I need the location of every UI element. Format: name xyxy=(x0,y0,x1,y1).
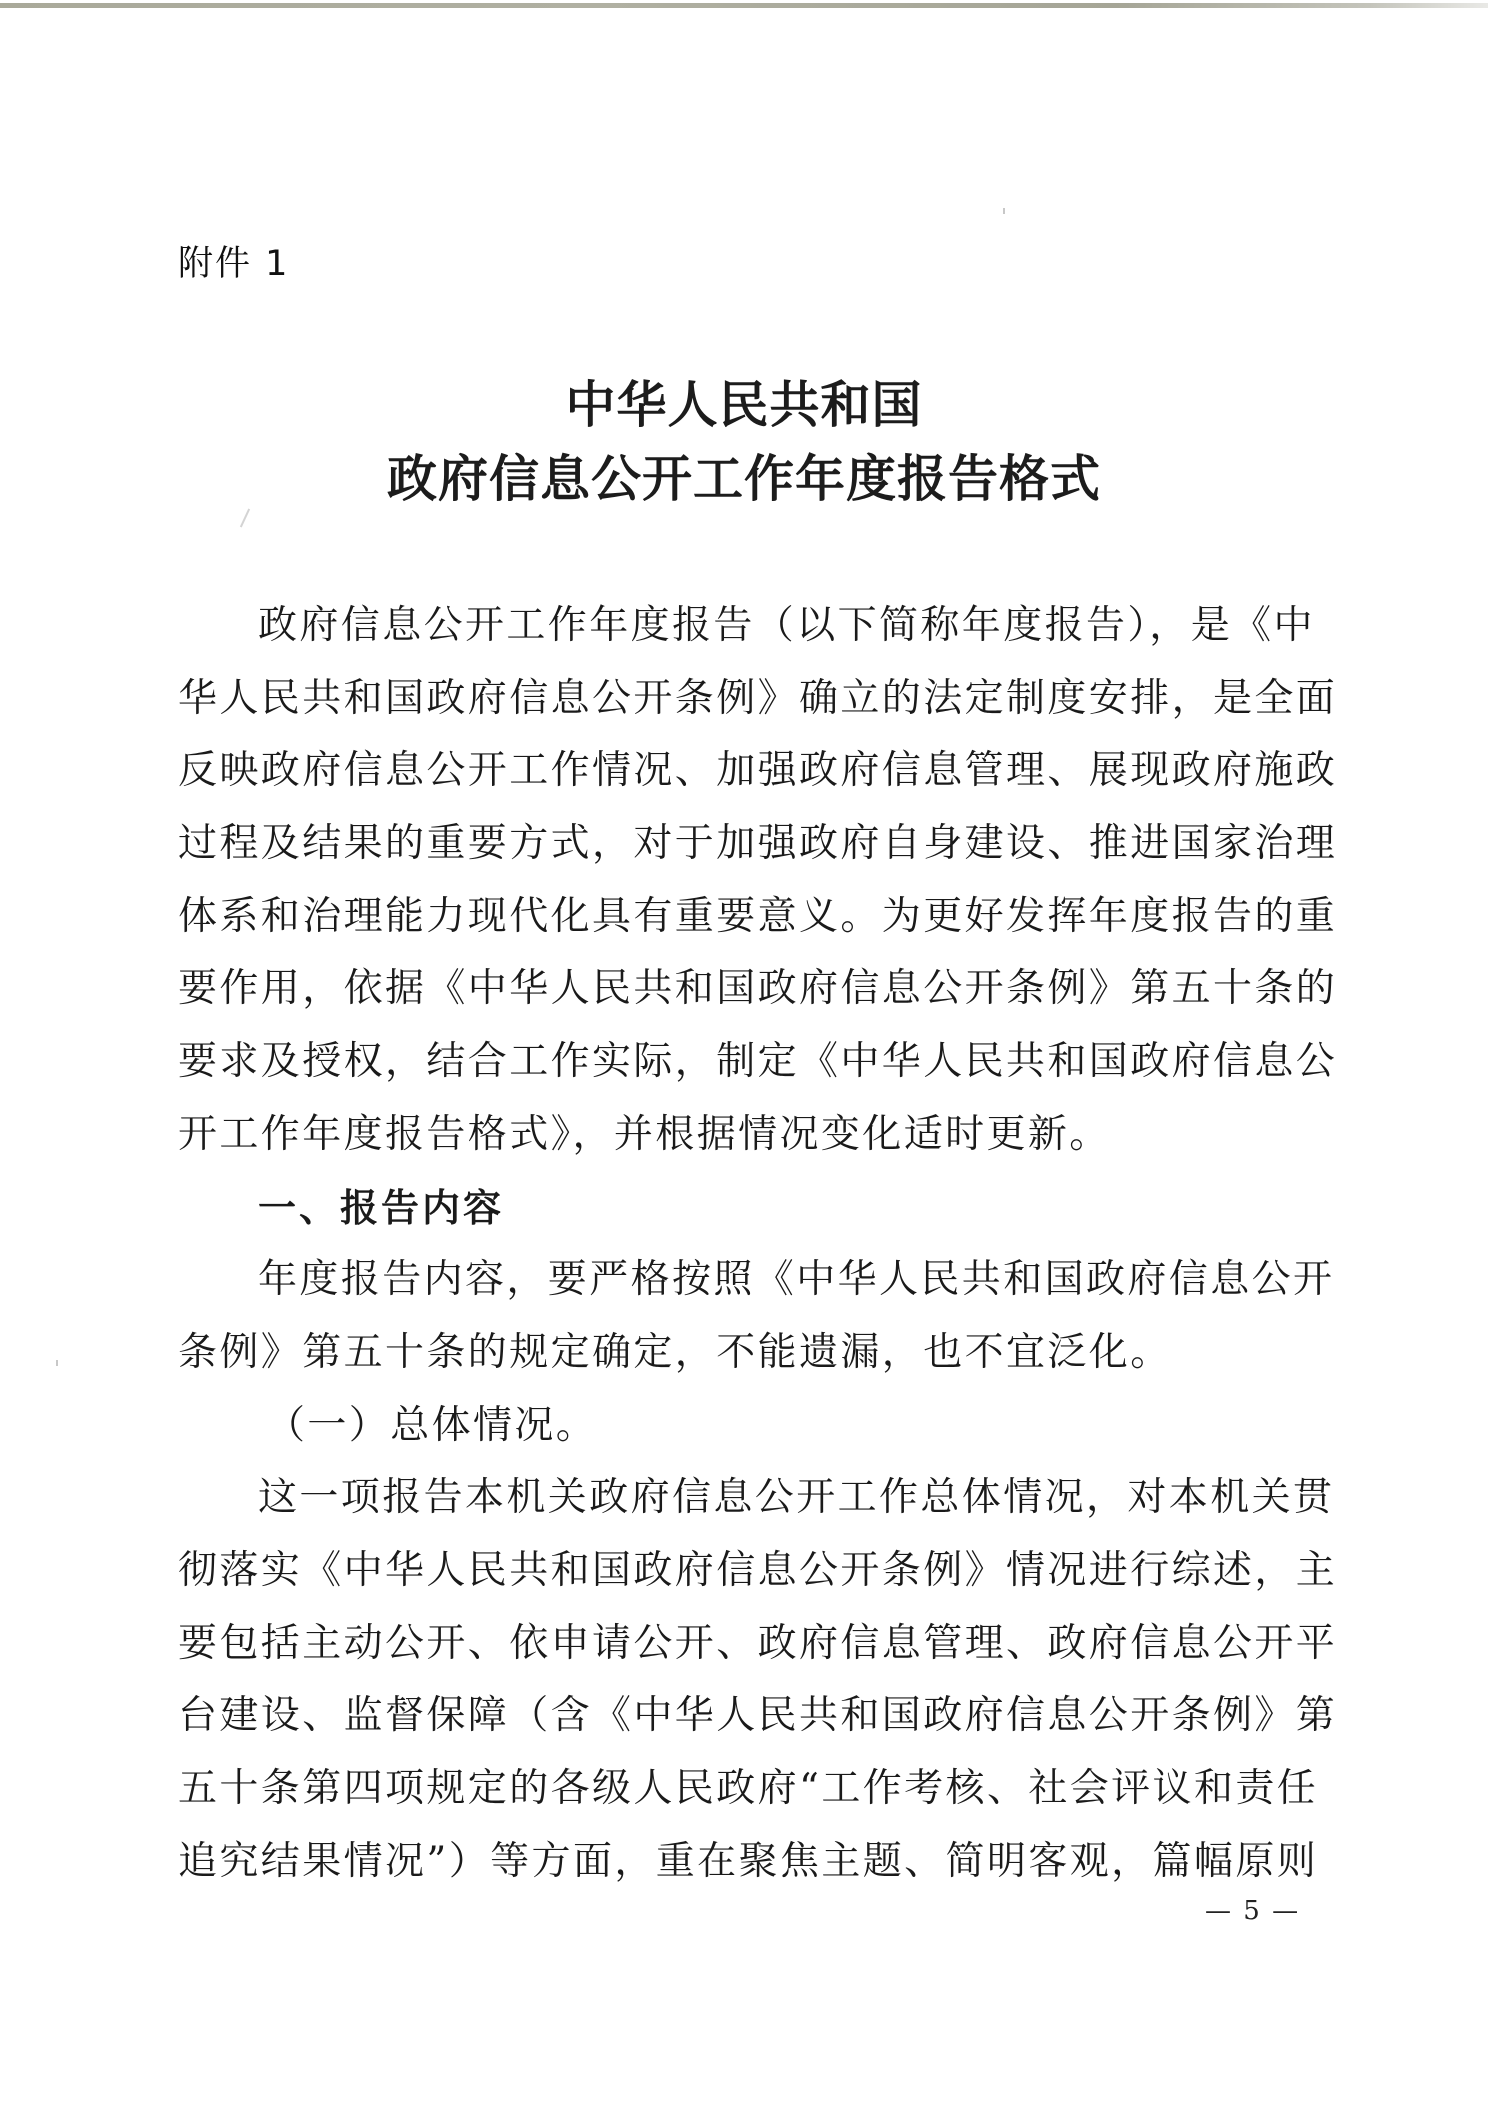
body-line: 开工作年度报告格式》，并根据情况变化适时更新。 xyxy=(178,1099,1312,1172)
body-line: 这一项报告本机关政府信息公开工作总体情况，对本机关贯 xyxy=(178,1462,1312,1535)
body-line: 五十条第四项规定的各级人民政府“工作考核、社会评议和责任 xyxy=(178,1753,1312,1826)
document-body: 政府信息公开工作年度报告（以下简称年度报告），是《中 华人民共和国政府信息公开条… xyxy=(178,590,1312,1898)
body-line: 追究结果情况”）等方面，重在聚焦主题、简明客观，篇幅原则 xyxy=(178,1826,1312,1899)
scan-edge-bar xyxy=(0,3,1488,8)
body-line: 彻落实《中华人民共和国政府信息公开条例》情况进行综述，主 xyxy=(178,1535,1312,1608)
body-line: 要求及授权，结合工作实际，制定《中华人民共和国政府信息公 xyxy=(178,1026,1312,1099)
body-line: 政府信息公开工作年度报告（以下简称年度报告），是《中 xyxy=(178,590,1312,663)
attachment-label: 附件 1 xyxy=(178,240,289,288)
body-line: 台建设、监督保障（含《中华人民共和国政府信息公开条例》第 xyxy=(178,1680,1312,1753)
body-line: 要作用，依据《中华人民共和国政府信息公开条例》第五十条的 xyxy=(178,953,1312,1026)
body-line: 华人民共和国政府信息公开条例》确立的法定制度安排，是全面 xyxy=(178,663,1312,736)
section-heading: 一、报告内容 xyxy=(178,1172,1312,1245)
scan-artifact-dot xyxy=(1003,208,1005,214)
body-line: 年度报告内容，要严格按照《中华人民共和国政府信息公开 xyxy=(178,1244,1312,1317)
body-line: 过程及结果的重要方式，对于加强政府自身建设、推进国家治理 xyxy=(178,808,1312,881)
body-line: 条例》第五十条的规定确定，不能遗漏，也不宜泛化。 xyxy=(178,1317,1312,1390)
body-line: 反映政府信息公开工作情况、加强政府信息管理、展现政府施政 xyxy=(178,735,1312,808)
document-title-line-2: 政府信息公开工作年度报告格式 xyxy=(0,442,1488,516)
page-number: — 5 — xyxy=(1205,1896,1300,1926)
body-line: 要包括主动公开、依申请公开、政府信息管理、政府信息公开平 xyxy=(178,1608,1312,1681)
document-title-line-1: 中华人民共和国 xyxy=(0,368,1488,442)
body-line: 体系和治理能力现代化具有重要意义。为更好发挥年度报告的重 xyxy=(178,881,1312,954)
subsection-heading: （一）总体情况。 xyxy=(178,1390,1312,1463)
scan-artifact-dot xyxy=(56,1360,58,1366)
